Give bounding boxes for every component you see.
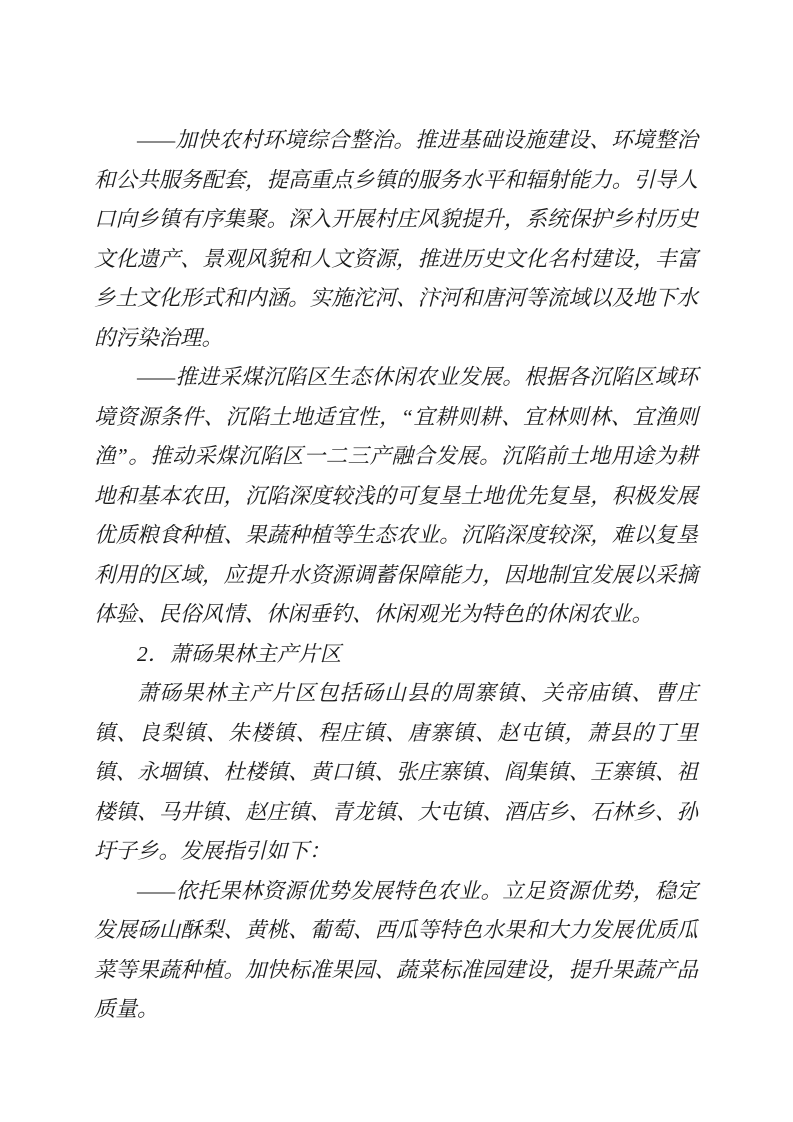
section-heading-xiaodang-orchard-zone: 2．萧砀果林主产片区 bbox=[94, 635, 698, 675]
paragraph-orchard-agriculture: ——依托果林资源优势发展特色农业。立足资源优势，稳定发展砀山酥梨、黄桃、葡萄、西… bbox=[94, 872, 698, 1030]
paragraph-rural-environment: ——加快农村环境综合整治。推进基础设施建设、环境整治和公共服务配套，提高重点乡镇… bbox=[94, 121, 698, 358]
paragraph-coal-subsidence-agriculture: ——推进采煤沉陷区生态休闲农业发展。根据各沉陷区域环境资源条件、沉陷土地适宜性，… bbox=[94, 358, 698, 635]
document-page: ——加快农村环境综合整治。推进基础设施建设、环境整治和公共服务配套，提高重点乡镇… bbox=[0, 0, 793, 1122]
paragraph-xiaodang-orchard-scope: 萧砀果林主产片区包括砀山县的周寨镇、关帝庙镇、曹庄镇、良梨镇、朱楼镇、程庄镇、唐… bbox=[94, 674, 698, 872]
